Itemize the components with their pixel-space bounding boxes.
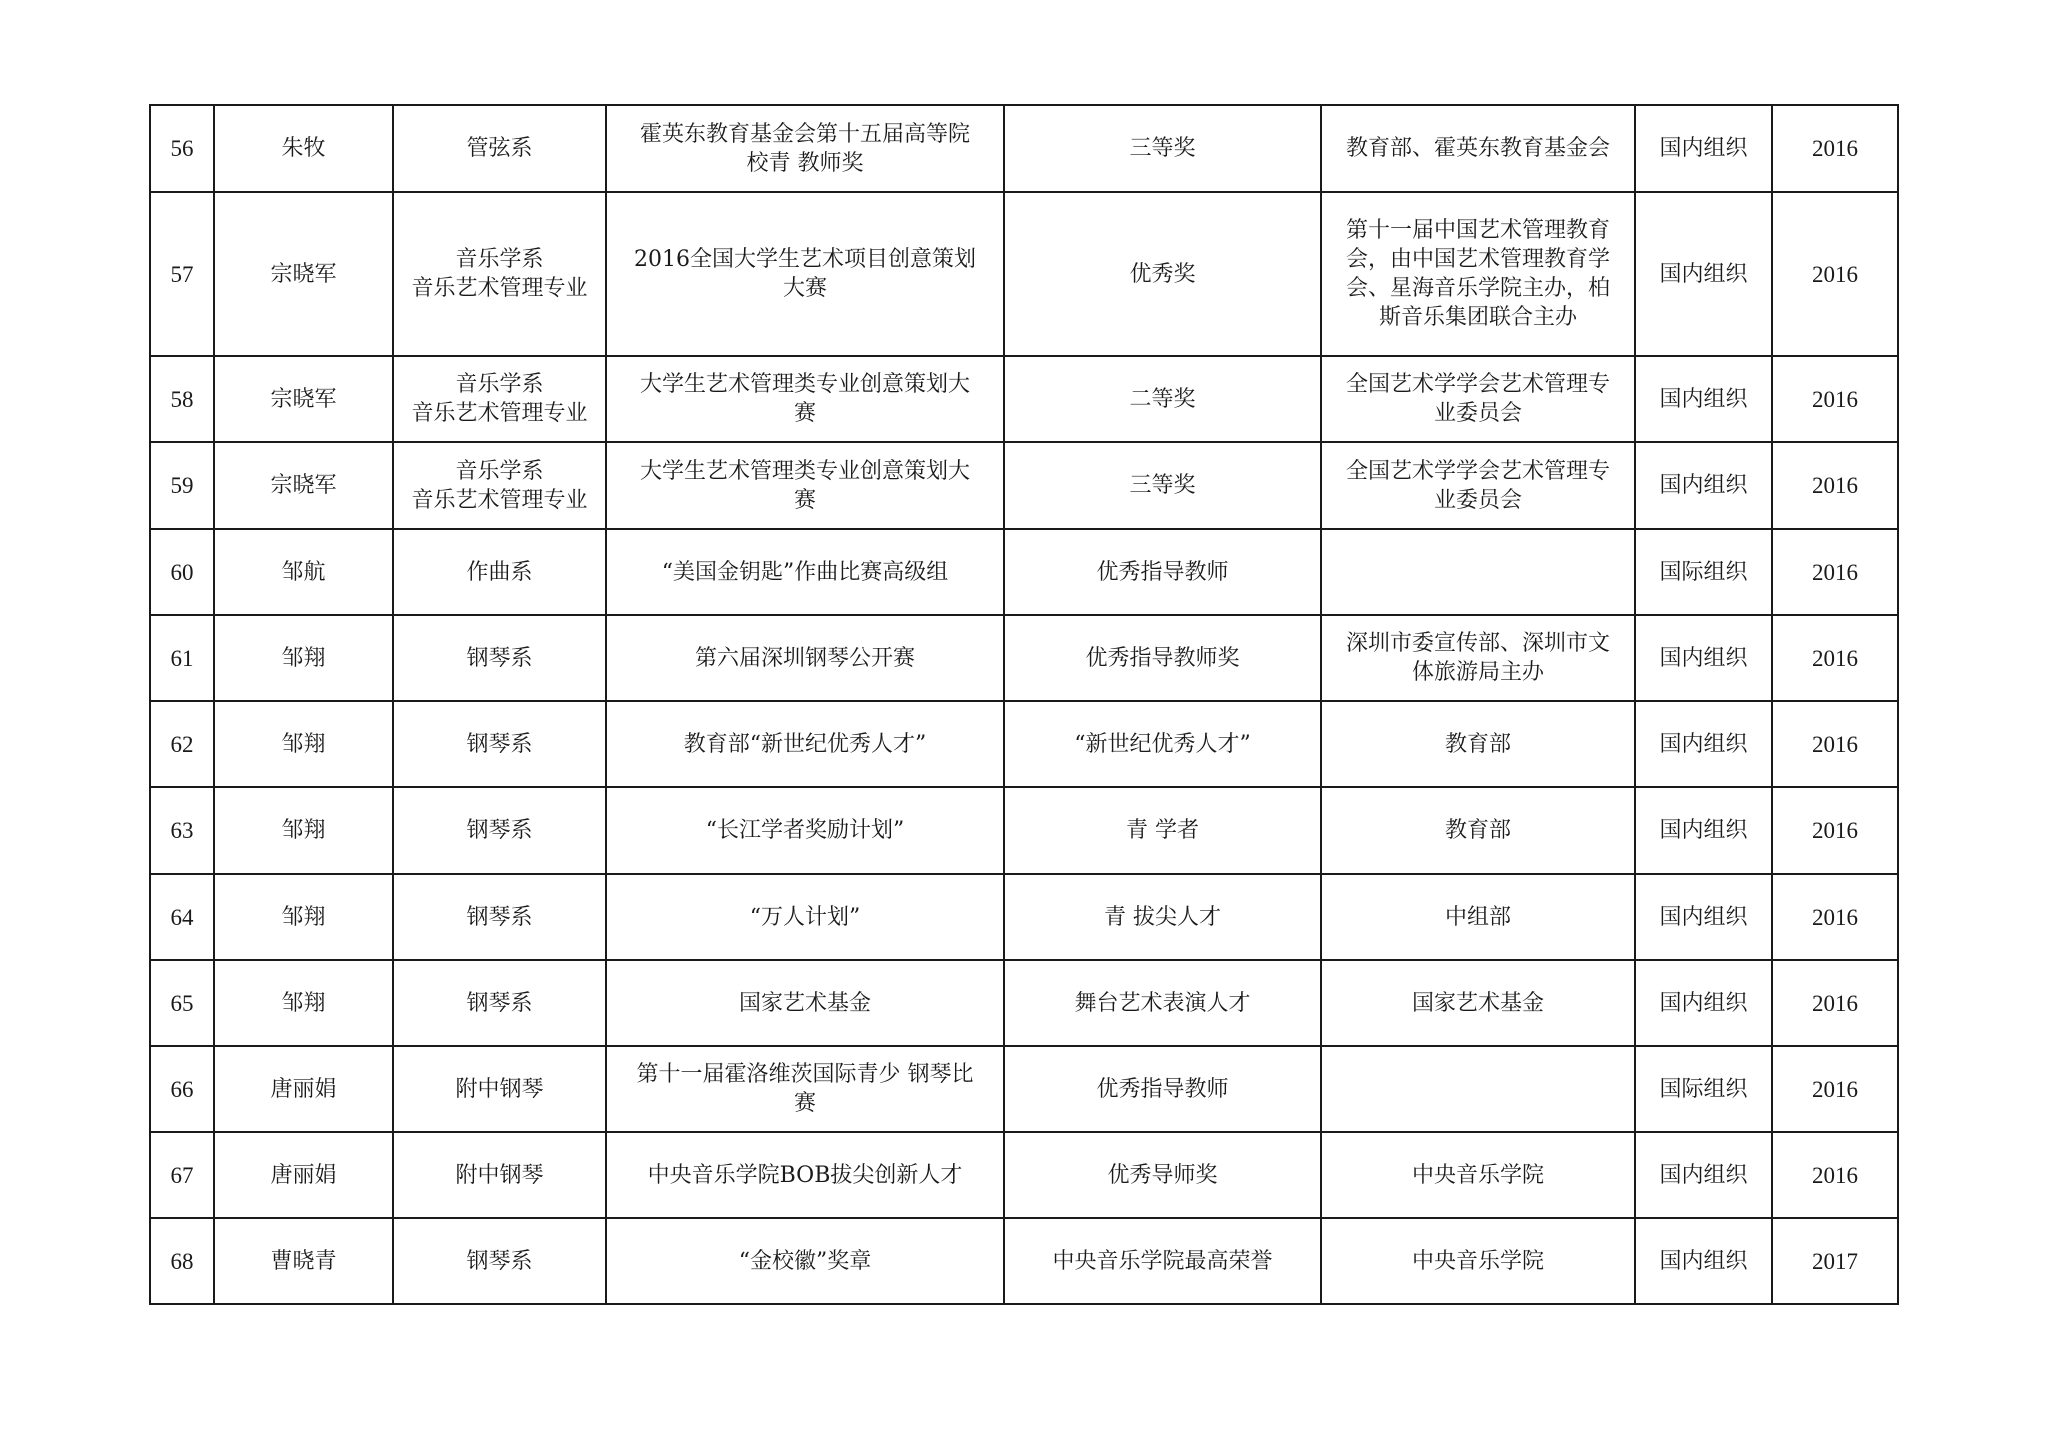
award-level-cell: 优秀指导教师 <box>1004 1046 1321 1132</box>
cell-text-line: “美国金钥匙”作曲比赛高级组 <box>613 558 997 587</box>
table-row: 62邹翔钢琴系教育部“新世纪优秀人才”“新世纪优秀人才”教育部国内组织2016 <box>150 701 1898 787</box>
issuing-organization-cell: 教育部 <box>1321 701 1635 787</box>
document-page: 56朱牧管弦系霍英东教育基金会第十五届高等院校青 教师奖三等奖教育部、霍英东教育… <box>0 0 2048 1449</box>
issuing-organization-cell <box>1321 529 1635 615</box>
cell-text-line: 音乐艺术管理专业 <box>400 274 599 303</box>
cell-text-line: 音乐学系 <box>400 457 599 486</box>
name-cell: 唐丽娟 <box>214 1132 393 1218</box>
organization-type-cell: 国内组织 <box>1635 192 1772 356</box>
issuing-organization-cell: 全国艺术学学会艺术管理专业委员会 <box>1321 442 1635 529</box>
award-level-cell: 优秀导师奖 <box>1004 1132 1321 1218</box>
cell-text-line: 附中钢琴 <box>400 1075 599 1104</box>
department-cell: 作曲系 <box>393 529 606 615</box>
cell-text-line: 业委员会 <box>1328 486 1628 515</box>
issuing-organization-cell: 教育部 <box>1321 787 1635 874</box>
row-number-cell: 64 <box>150 874 214 960</box>
award-level-cell: 舞台艺术表演人才 <box>1004 960 1321 1046</box>
organization-type-cell: 国际组织 <box>1635 1046 1772 1132</box>
organization-type-cell: 国内组织 <box>1635 442 1772 529</box>
year-cell: 2016 <box>1772 105 1898 192</box>
cell-text-line: 附中钢琴 <box>400 1161 599 1190</box>
name-cell: 宗晓军 <box>214 442 393 529</box>
row-number-cell: 67 <box>150 1132 214 1218</box>
cell-text-line: “万人计划” <box>613 903 997 932</box>
year-cell: 2016 <box>1772 787 1898 874</box>
name-cell: 唐丽娟 <box>214 1046 393 1132</box>
award-level-cell: 优秀指导教师奖 <box>1004 615 1321 701</box>
award-name-cell: “长江学者奖励计划” <box>606 787 1004 874</box>
award-name-cell: 中央音乐学院BOB拔尖创新人才 <box>606 1132 1004 1218</box>
row-number-cell: 63 <box>150 787 214 874</box>
year-cell: 2017 <box>1772 1218 1898 1304</box>
department-cell: 附中钢琴 <box>393 1046 606 1132</box>
cell-text-line: 校青 教师奖 <box>613 149 997 178</box>
row-number-cell: 60 <box>150 529 214 615</box>
table-row: 61邹翔钢琴系第六届深圳钢琴公开赛优秀指导教师奖深圳市委宣传部、深圳市文体旅游局… <box>150 615 1898 701</box>
cell-text-line: 钢琴系 <box>400 730 599 759</box>
cell-text-line: 中央音乐学院 <box>1328 1161 1628 1190</box>
year-cell: 2016 <box>1772 701 1898 787</box>
year-cell: 2016 <box>1772 874 1898 960</box>
row-number-cell: 66 <box>150 1046 214 1132</box>
year-cell: 2016 <box>1772 615 1898 701</box>
cell-text-line: 音乐艺术管理专业 <box>400 486 599 515</box>
cell-text-line: 管弦系 <box>400 134 599 163</box>
table-row: 58宗晓军音乐学系音乐艺术管理专业大学生艺术管理类专业创意策划大赛二等奖全国艺术… <box>150 356 1898 442</box>
cell-text-line: 钢琴系 <box>400 644 599 673</box>
row-number-cell: 62 <box>150 701 214 787</box>
award-name-cell: “美国金钥匙”作曲比赛高级组 <box>606 529 1004 615</box>
award-name-cell: 教育部“新世纪优秀人才” <box>606 701 1004 787</box>
table-row: 66唐丽娟附中钢琴第十一届霍洛维茨国际青少 钢琴比赛优秀指导教师国际组织2016 <box>150 1046 1898 1132</box>
row-number-cell: 56 <box>150 105 214 192</box>
year-cell: 2016 <box>1772 442 1898 529</box>
cell-text-line: 音乐艺术管理专业 <box>400 399 599 428</box>
issuing-organization-cell: 第十一届中国艺术管理教育会，由中国艺术管理教育学会、星海音乐学院主办，柏斯音乐集… <box>1321 192 1635 356</box>
organization-type-cell: 国内组织 <box>1635 356 1772 442</box>
issuing-organization-cell: 深圳市委宣传部、深圳市文体旅游局主办 <box>1321 615 1635 701</box>
department-cell: 钢琴系 <box>393 874 606 960</box>
table-row: 56朱牧管弦系霍英东教育基金会第十五届高等院校青 教师奖三等奖教育部、霍英东教育… <box>150 105 1898 192</box>
cell-text-line: 2016全国大学生艺术项目创意策划 <box>613 245 997 274</box>
cell-text-line: 会，由中国艺术管理教育学 <box>1328 245 1628 274</box>
cell-text-line: 大学生艺术管理类专业创意策划大 <box>613 457 997 486</box>
award-level-cell: 中央音乐学院最高荣誉 <box>1004 1218 1321 1304</box>
cell-text-line: 中央音乐学院BOB拔尖创新人才 <box>613 1161 997 1190</box>
cell-text-line: 第十一届霍洛维茨国际青少 钢琴比 <box>613 1060 997 1089</box>
cell-text-line: 教育部、霍英东教育基金会 <box>1328 134 1628 163</box>
cell-text-line: 中组部 <box>1328 903 1628 932</box>
cell-text-line: 霍英东教育基金会第十五届高等院 <box>613 120 997 149</box>
issuing-organization-cell <box>1321 1046 1635 1132</box>
issuing-organization-cell: 全国艺术学学会艺术管理专业委员会 <box>1321 356 1635 442</box>
name-cell: 宗晓军 <box>214 356 393 442</box>
organization-type-cell: 国内组织 <box>1635 960 1772 1046</box>
name-cell: 邹翔 <box>214 874 393 960</box>
award-name-cell: 大学生艺术管理类专业创意策划大赛 <box>606 442 1004 529</box>
cell-text-line: 赛 <box>613 486 997 515</box>
award-name-cell: 第十一届霍洛维茨国际青少 钢琴比赛 <box>606 1046 1004 1132</box>
issuing-organization-cell: 中组部 <box>1321 874 1635 960</box>
awards-table-body: 56朱牧管弦系霍英东教育基金会第十五届高等院校青 教师奖三等奖教育部、霍英东教育… <box>150 105 1898 1304</box>
cell-text-line: 业委员会 <box>1328 399 1628 428</box>
department-cell: 钢琴系 <box>393 615 606 701</box>
award-name-cell: 霍英东教育基金会第十五届高等院校青 教师奖 <box>606 105 1004 192</box>
cell-text-line: 赛 <box>613 1089 997 1118</box>
name-cell: 宗晓军 <box>214 192 393 356</box>
cell-text-line: 全国艺术学学会艺术管理专 <box>1328 370 1628 399</box>
table-row: 65邹翔钢琴系国家艺术基金舞台艺术表演人才国家艺术基金国内组织2016 <box>150 960 1898 1046</box>
award-level-cell: 优秀指导教师 <box>1004 529 1321 615</box>
issuing-organization-cell: 中央音乐学院 <box>1321 1218 1635 1304</box>
table-row: 59宗晓军音乐学系音乐艺术管理专业大学生艺术管理类专业创意策划大赛三等奖全国艺术… <box>150 442 1898 529</box>
award-name-cell: 国家艺术基金 <box>606 960 1004 1046</box>
cell-text-line: 教育部 <box>1328 730 1628 759</box>
cell-text-line: 深圳市委宣传部、深圳市文 <box>1328 629 1628 658</box>
cell-text-line: 钢琴系 <box>400 816 599 845</box>
cell-text-line: 中央音乐学院 <box>1328 1247 1628 1276</box>
issuing-organization-cell: 中央音乐学院 <box>1321 1132 1635 1218</box>
cell-text-line: 会、星海音乐学院主办，柏 <box>1328 274 1628 303</box>
name-cell: 朱牧 <box>214 105 393 192</box>
department-cell: 音乐学系音乐艺术管理专业 <box>393 192 606 356</box>
year-cell: 2016 <box>1772 529 1898 615</box>
row-number-cell: 58 <box>150 356 214 442</box>
name-cell: 邹翔 <box>214 615 393 701</box>
cell-text-line: 第六届深圳钢琴公开赛 <box>613 644 997 673</box>
name-cell: 曹晓青 <box>214 1218 393 1304</box>
cell-text-line: 斯音乐集团联合主办 <box>1328 303 1628 332</box>
name-cell: 邹翔 <box>214 960 393 1046</box>
award-name-cell: “金校徽”奖章 <box>606 1218 1004 1304</box>
award-level-cell: “新世纪优秀人才” <box>1004 701 1321 787</box>
organization-type-cell: 国内组织 <box>1635 1218 1772 1304</box>
row-number-cell: 68 <box>150 1218 214 1304</box>
name-cell: 邹翔 <box>214 701 393 787</box>
cell-text-line: “金校徽”奖章 <box>613 1247 997 1276</box>
award-level-cell: 三等奖 <box>1004 105 1321 192</box>
cell-text-line: 教育部“新世纪优秀人才” <box>613 730 997 759</box>
table-row: 68曹晓青钢琴系“金校徽”奖章中央音乐学院最高荣誉中央音乐学院国内组织2017 <box>150 1218 1898 1304</box>
award-name-cell: 第六届深圳钢琴公开赛 <box>606 615 1004 701</box>
row-number-cell: 65 <box>150 960 214 1046</box>
cell-text-line: 国家艺术基金 <box>613 989 997 1018</box>
department-cell: 钢琴系 <box>393 701 606 787</box>
year-cell: 2016 <box>1772 1046 1898 1132</box>
row-number-cell: 57 <box>150 192 214 356</box>
award-level-cell: 二等奖 <box>1004 356 1321 442</box>
cell-text-line: 国家艺术基金 <box>1328 989 1628 1018</box>
table-row: 64邹翔钢琴系“万人计划”青 拔尖人才中组部国内组织2016 <box>150 874 1898 960</box>
department-cell: 附中钢琴 <box>393 1132 606 1218</box>
table-row: 60邹航作曲系“美国金钥匙”作曲比赛高级组优秀指导教师国际组织2016 <box>150 529 1898 615</box>
row-number-cell: 61 <box>150 615 214 701</box>
issuing-organization-cell: 国家艺术基金 <box>1321 960 1635 1046</box>
organization-type-cell: 国内组织 <box>1635 1132 1772 1218</box>
cell-text-line: 钢琴系 <box>400 1247 599 1276</box>
name-cell: 邹翔 <box>214 787 393 874</box>
issuing-organization-cell: 教育部、霍英东教育基金会 <box>1321 105 1635 192</box>
awards-table: 56朱牧管弦系霍英东教育基金会第十五届高等院校青 教师奖三等奖教育部、霍英东教育… <box>149 104 1899 1305</box>
cell-text-line: 作曲系 <box>400 558 599 587</box>
cell-text-line: 大学生艺术管理类专业创意策划大 <box>613 370 997 399</box>
year-cell: 2016 <box>1772 960 1898 1046</box>
table-row: 57宗晓军音乐学系音乐艺术管理专业2016全国大学生艺术项目创意策划大赛优秀奖第… <box>150 192 1898 356</box>
cell-text-line: 钢琴系 <box>400 989 599 1018</box>
organization-type-cell: 国内组织 <box>1635 615 1772 701</box>
award-level-cell: 青 学者 <box>1004 787 1321 874</box>
cell-text-line: 教育部 <box>1328 816 1628 845</box>
year-cell: 2016 <box>1772 192 1898 356</box>
year-cell: 2016 <box>1772 356 1898 442</box>
department-cell: 钢琴系 <box>393 787 606 874</box>
row-number-cell: 59 <box>150 442 214 529</box>
award-level-cell: 青 拔尖人才 <box>1004 874 1321 960</box>
cell-text-line: 体旅游局主办 <box>1328 658 1628 687</box>
cell-text-line: 全国艺术学学会艺术管理专 <box>1328 457 1628 486</box>
organization-type-cell: 国内组织 <box>1635 787 1772 874</box>
award-name-cell: 2016全国大学生艺术项目创意策划大赛 <box>606 192 1004 356</box>
department-cell: 钢琴系 <box>393 960 606 1046</box>
cell-text-line: 钢琴系 <box>400 903 599 932</box>
year-cell: 2016 <box>1772 1132 1898 1218</box>
award-name-cell: 大学生艺术管理类专业创意策划大赛 <box>606 356 1004 442</box>
name-cell: 邹航 <box>214 529 393 615</box>
organization-type-cell: 国内组织 <box>1635 874 1772 960</box>
department-cell: 音乐学系音乐艺术管理专业 <box>393 442 606 529</box>
organization-type-cell: 国内组织 <box>1635 105 1772 192</box>
table-row: 63邹翔钢琴系“长江学者奖励计划”青 学者教育部国内组织2016 <box>150 787 1898 874</box>
table-row: 67唐丽娟附中钢琴中央音乐学院BOB拔尖创新人才优秀导师奖中央音乐学院国内组织2… <box>150 1132 1898 1218</box>
award-level-cell: 优秀奖 <box>1004 192 1321 356</box>
cell-text-line: 大赛 <box>613 274 997 303</box>
organization-type-cell: 国际组织 <box>1635 529 1772 615</box>
cell-text-line: 第十一届中国艺术管理教育 <box>1328 216 1628 245</box>
cell-text-line: “长江学者奖励计划” <box>613 816 997 845</box>
department-cell: 钢琴系 <box>393 1218 606 1304</box>
department-cell: 管弦系 <box>393 105 606 192</box>
organization-type-cell: 国内组织 <box>1635 701 1772 787</box>
cell-text-line: 音乐学系 <box>400 245 599 274</box>
cell-text-line: 赛 <box>613 399 997 428</box>
cell-text-line: 音乐学系 <box>400 370 599 399</box>
award-level-cell: 三等奖 <box>1004 442 1321 529</box>
department-cell: 音乐学系音乐艺术管理专业 <box>393 356 606 442</box>
award-name-cell: “万人计划” <box>606 874 1004 960</box>
